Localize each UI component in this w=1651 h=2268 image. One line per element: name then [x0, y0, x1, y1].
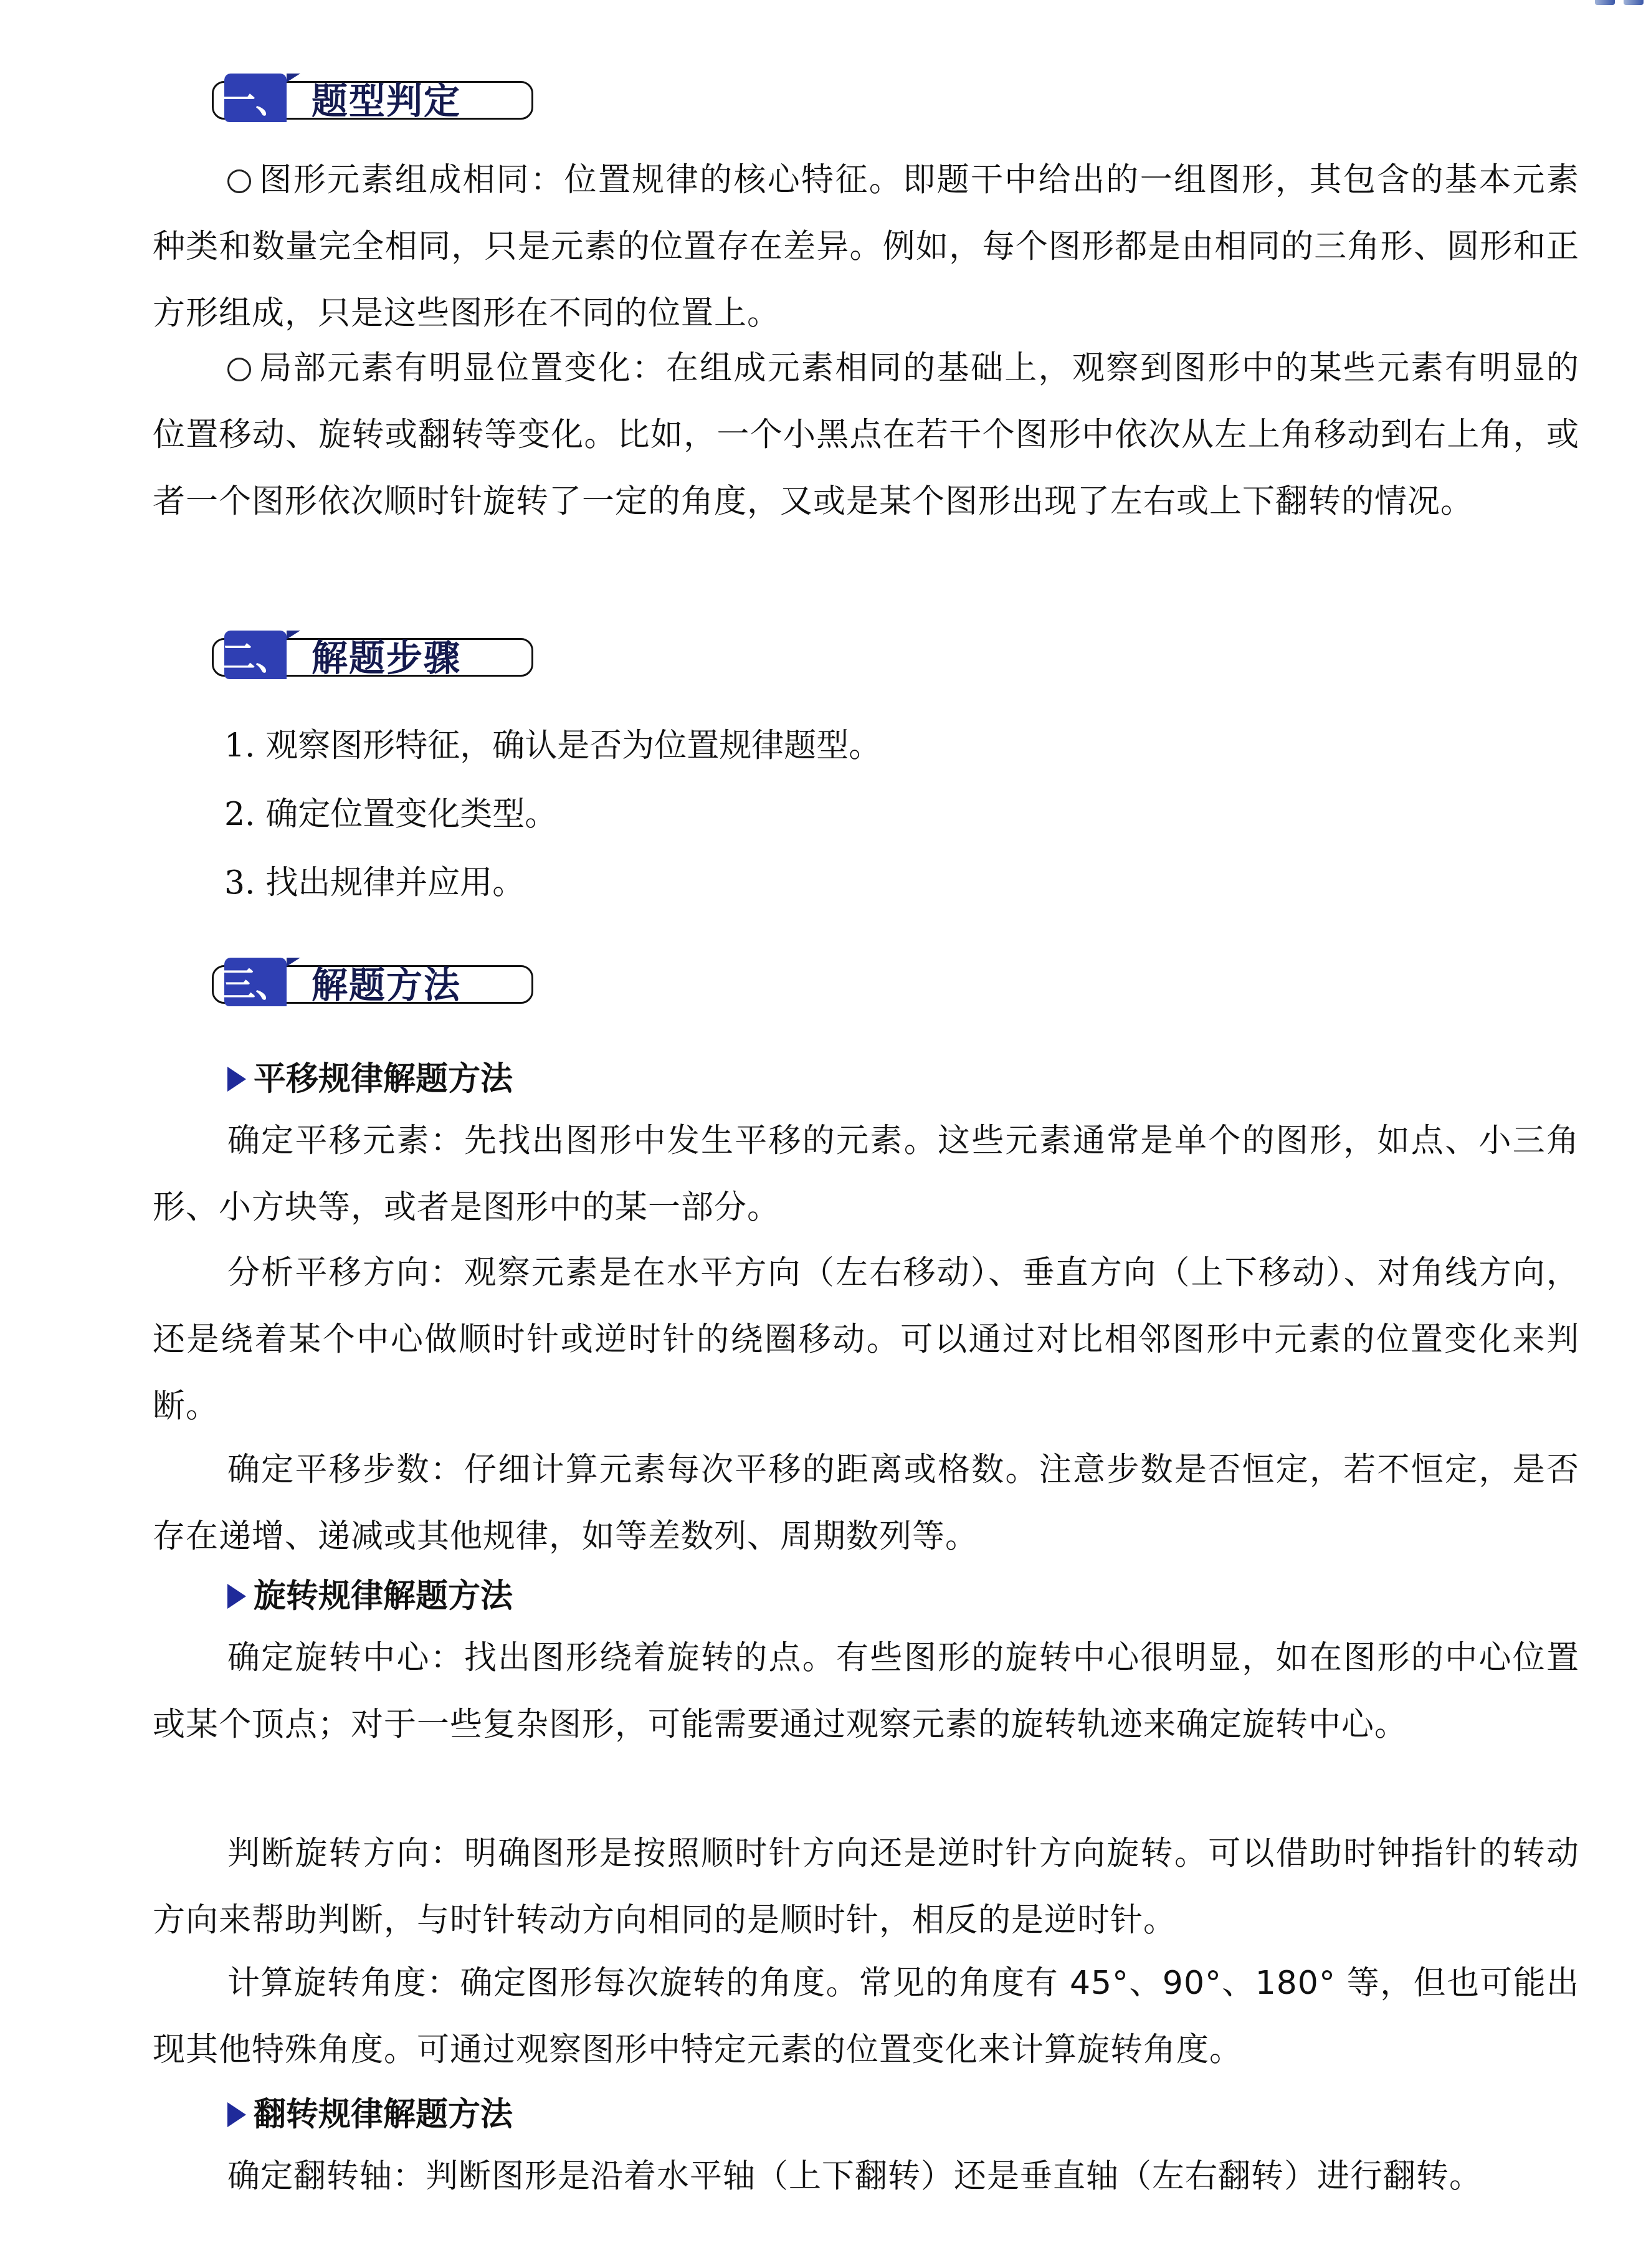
method-heading-text: 平移规律解题方法 [254, 1059, 513, 1099]
step-item-3: 3. 找出规律并应用。 [224, 863, 525, 903]
step-item-2: 2. 确定位置变化类型。 [224, 794, 557, 834]
circle-bullet-icon [227, 169, 251, 193]
triangle-bullet-icon [227, 2102, 246, 2127]
paragraph-translation-element: 确定平移元素：先找出图形中发生平移的元素。这些元素通常是单个的图形，如点、小三角… [153, 1108, 1579, 1241]
triangle-bullet-icon [227, 1067, 246, 1092]
section-number-badge: 三、 [224, 958, 287, 1006]
section-title: 解题方法 [312, 964, 461, 1006]
paragraph-lead: 图形元素组成相同： [259, 161, 564, 199]
paragraph-rotation-angle: 计算旋转角度：确定图形每次旋转的角度。常见的角度有 45°、90°、180° 等… [153, 1950, 1579, 2084]
paragraph-translation-direction: 分析平移方向：观察元素是在水平方向（左右移动）、垂直方向（上下移动）、对角线方向… [153, 1240, 1579, 1440]
section-title: 题型判定 [312, 80, 461, 122]
page-corner-mark [1595, 0, 1645, 6]
section-header-1: 一、 题型判定 [212, 74, 536, 122]
paragraph-rotation-center: 确定旋转中心：找出图形绕着旋转的点。有些图形的旋转中心很明显，如在图形的中心位置… [153, 1625, 1579, 1758]
paragraph-lead: 局部元素有明显位置变化： [259, 350, 666, 387]
method-heading-translation: 平移规律解题方法 [227, 1059, 513, 1099]
section-header-2: 二、 解题步骤 [212, 631, 536, 679]
method-heading-text: 翻转规律解题方法 [254, 2095, 513, 2135]
triangle-bullet-icon [227, 1584, 246, 1609]
method-heading-text: 旋转规律解题方法 [254, 1576, 513, 1616]
paragraph-type-criterion-2: 局部元素有明显位置变化：在组成元素相同的基础上，观察到图形中的某些元素有明显的位… [153, 335, 1579, 535]
section-title: 解题步骤 [312, 637, 461, 679]
section-number-badge: 一、 [224, 74, 287, 122]
step-item-1: 1. 观察图形特征，确认是否为位置规律题型。 [224, 726, 881, 766]
method-heading-rotation: 旋转规律解题方法 [227, 1576, 513, 1616]
paragraph-type-criterion-1: 图形元素组成相同：位置规律的核心特征。即题干中给出的一组图形，其包含的基本元素种… [153, 147, 1579, 347]
method-heading-flip: 翻转规律解题方法 [227, 2095, 513, 2135]
paragraph-rotation-direction: 判断旋转方向：明确图形是按照顺时针方向还是逆时针方向旋转。可以借助时钟指针的转动… [153, 1821, 1579, 1954]
paragraph-flip-axis: 确定翻转轴：判断图形是沿着水平轴（上下翻转）还是垂直轴（左右翻转）进行翻转。 [153, 2143, 1579, 2210]
paragraph-translation-steps: 确定平移步数：仔细计算元素每次平移的距离或格数。注意步数是否恒定，若不恒定，是否… [153, 1437, 1579, 1570]
section-header-3: 三、 解题方法 [212, 958, 536, 1006]
circle-bullet-icon [227, 358, 251, 381]
section-number-badge: 二、 [224, 631, 287, 679]
